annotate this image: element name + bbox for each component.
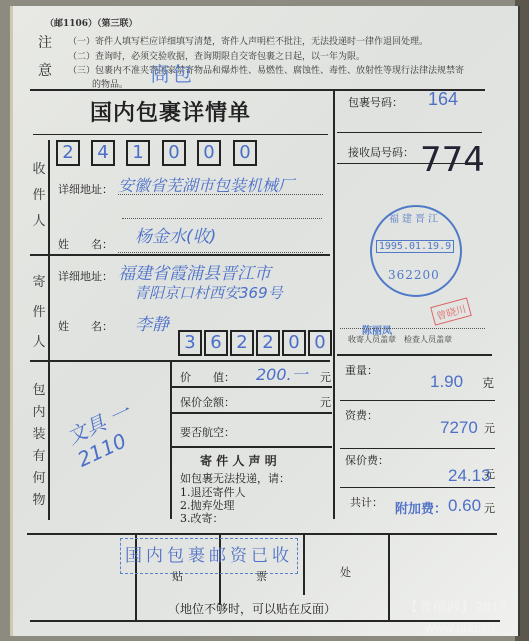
- sender-address-line2[interactable]: 青阳京口村西安369号: [134, 282, 283, 303]
- recipient-rule: [30, 254, 330, 256]
- insured-unit: 元: [320, 394, 331, 410]
- declaration-option-redirect[interactable]: 3.改寄：: [180, 510, 224, 526]
- declaration-title: 寄 件 人 声 明: [200, 452, 277, 469]
- receiving-office-number: 774: [420, 140, 485, 180]
- row-rule: [172, 412, 332, 414]
- right-column-divider: [333, 89, 335, 519]
- recipient-name-label: 姓 名：: [58, 236, 113, 252]
- receiving-office-label: 接收局号码：: [348, 144, 414, 160]
- row-rule: [172, 446, 332, 448]
- surcharge-label: 附加费：: [395, 498, 447, 517]
- recipient-postcode-digit[interactable]: 0: [233, 140, 257, 166]
- recipient-postcode-digit[interactable]: 0: [162, 140, 186, 166]
- value-unit: 元: [320, 369, 331, 385]
- label-char: 寄: [32, 268, 46, 298]
- title-rule: [33, 134, 328, 135]
- fee-rule: [340, 448, 495, 449]
- recipient-name[interactable]: 杨金水(收): [135, 222, 216, 247]
- sender-section-label: 寄 件 人: [32, 268, 46, 358]
- recipient-postcode-digit[interactable]: 1: [126, 140, 150, 166]
- postmark-date: 1995.01.19.9: [376, 240, 454, 253]
- label-char: 件: [32, 298, 46, 328]
- postage-unit: 元: [484, 420, 495, 436]
- label-char: 何: [32, 468, 46, 490]
- postage-paid-stamp: 国内包裹邮资已收: [120, 538, 298, 574]
- commercial-stamp: 商包: [150, 58, 194, 87]
- postage-label: 资费：: [345, 407, 378, 423]
- parcel-rule: [337, 132, 482, 133]
- stamp-cell-label: 票: [256, 568, 267, 584]
- value-label: 价 值：: [180, 369, 235, 385]
- recipient-postcode-digit[interactable]: 0: [197, 140, 221, 166]
- parcel-number-label: 包裹号码：: [348, 94, 403, 110]
- parcel-number: 164: [428, 89, 458, 110]
- value[interactable]: 200.一: [256, 362, 308, 385]
- notice-label-top: 注: [38, 32, 52, 52]
- stamp-divider: [388, 535, 390, 620]
- label-char: 包: [32, 380, 46, 402]
- sender-address-label: 详细地址：: [58, 268, 113, 284]
- notice-1: （一）寄件人填写栏应详细填写清楚，寄件人声明栏不批注，无法投递时一律作退回处理。: [68, 34, 508, 47]
- watermark-url: www.puu.cn: [425, 620, 495, 635]
- office-rule: [337, 163, 482, 164]
- address-line: [118, 194, 323, 195]
- sender-postcode-digit[interactable]: 3: [178, 330, 202, 356]
- name-line: [118, 252, 323, 253]
- watermark-title: 【普邮网】2013: [405, 596, 508, 615]
- form-title: 国内包裹详情单: [90, 96, 251, 127]
- airmail-label: 要否航空：: [180, 424, 235, 440]
- weight[interactable]: 1.90: [430, 372, 463, 392]
- label-char: 内: [32, 402, 46, 424]
- sender-name-label: 姓 名：: [58, 318, 113, 334]
- postmark-top-text: 福建晋江: [389, 210, 441, 225]
- fees-rule: [337, 354, 492, 356]
- sender-name[interactable]: 李静: [135, 310, 169, 335]
- weight-label: 重量：: [345, 362, 378, 378]
- stamp-cell-label: 贴: [172, 568, 183, 584]
- label-char: 物: [32, 490, 46, 512]
- surcharge-unit: 元: [484, 500, 495, 516]
- sender-postcode-digit[interactable]: 2: [230, 330, 254, 356]
- insurance-label: 保价费：: [345, 452, 389, 468]
- recipient-address[interactable]: 安徽省芜湖市包装机械厂: [118, 173, 294, 196]
- label-char: 件: [32, 183, 46, 209]
- sender-postcode-digit[interactable]: 0: [308, 330, 332, 356]
- label-char: 人: [32, 209, 46, 235]
- postage[interactable]: 7270: [440, 418, 478, 438]
- address-line: [122, 218, 322, 219]
- notice-label-bottom: 意: [38, 60, 52, 80]
- label-char: 人: [32, 328, 46, 358]
- recipient-section-label: 收 件 人: [32, 157, 46, 235]
- row-rule: [172, 386, 332, 388]
- sender-postcode-digit[interactable]: 6: [204, 330, 228, 356]
- stamp-area-rule: [27, 533, 497, 535]
- stamp-area-note: （地位不够时，可以贴在反面）: [168, 600, 336, 617]
- label-char: 装: [32, 424, 46, 446]
- recipient-address-label: 详细地址：: [58, 181, 113, 197]
- sender-postcode-digit[interactable]: 0: [282, 330, 306, 356]
- postmark-code: 362200: [388, 268, 440, 282]
- label-char: 有: [32, 446, 46, 468]
- top-rule: [30, 89, 485, 91]
- signature-labels: 收寄人员盖章 检查人员盖章: [348, 334, 452, 345]
- weight-unit: 克: [482, 374, 494, 391]
- notice-3: （三）包裹内不准夹寄国家禁寄物品和爆炸性、易燃性、腐蚀性、毒性、放射性等现行法律…: [68, 63, 508, 76]
- label-char: 收: [32, 157, 46, 183]
- insurance-unit: 元: [484, 466, 495, 482]
- form-code: （邮1106）（第三联）: [45, 16, 138, 29]
- sender-address-line1[interactable]: 福建省霞浦县晋江市: [118, 259, 271, 284]
- surcharge[interactable]: 0.60: [448, 496, 481, 516]
- label-column-line: [48, 140, 50, 520]
- notice-2: （二）查询时，必须交验收据，查询期限自交寄包裹之日起，以一年为限。: [68, 49, 365, 62]
- insured-label: 保价金额：: [180, 394, 235, 410]
- fee-rule: [340, 487, 495, 488]
- recipient-postcode-digit[interactable]: 2: [56, 140, 80, 166]
- sender-postcode-digit[interactable]: 2: [256, 330, 280, 356]
- stamp-cell-label: 处: [340, 564, 351, 580]
- stamp-divider: [303, 535, 305, 595]
- fee-rule: [340, 400, 495, 401]
- total-label: 共计：: [350, 494, 383, 510]
- contents-section-label: 包 内 装 有 何 物: [32, 380, 46, 512]
- signature-line: [340, 328, 485, 329]
- recipient-postcode-digit[interactable]: 4: [91, 140, 115, 166]
